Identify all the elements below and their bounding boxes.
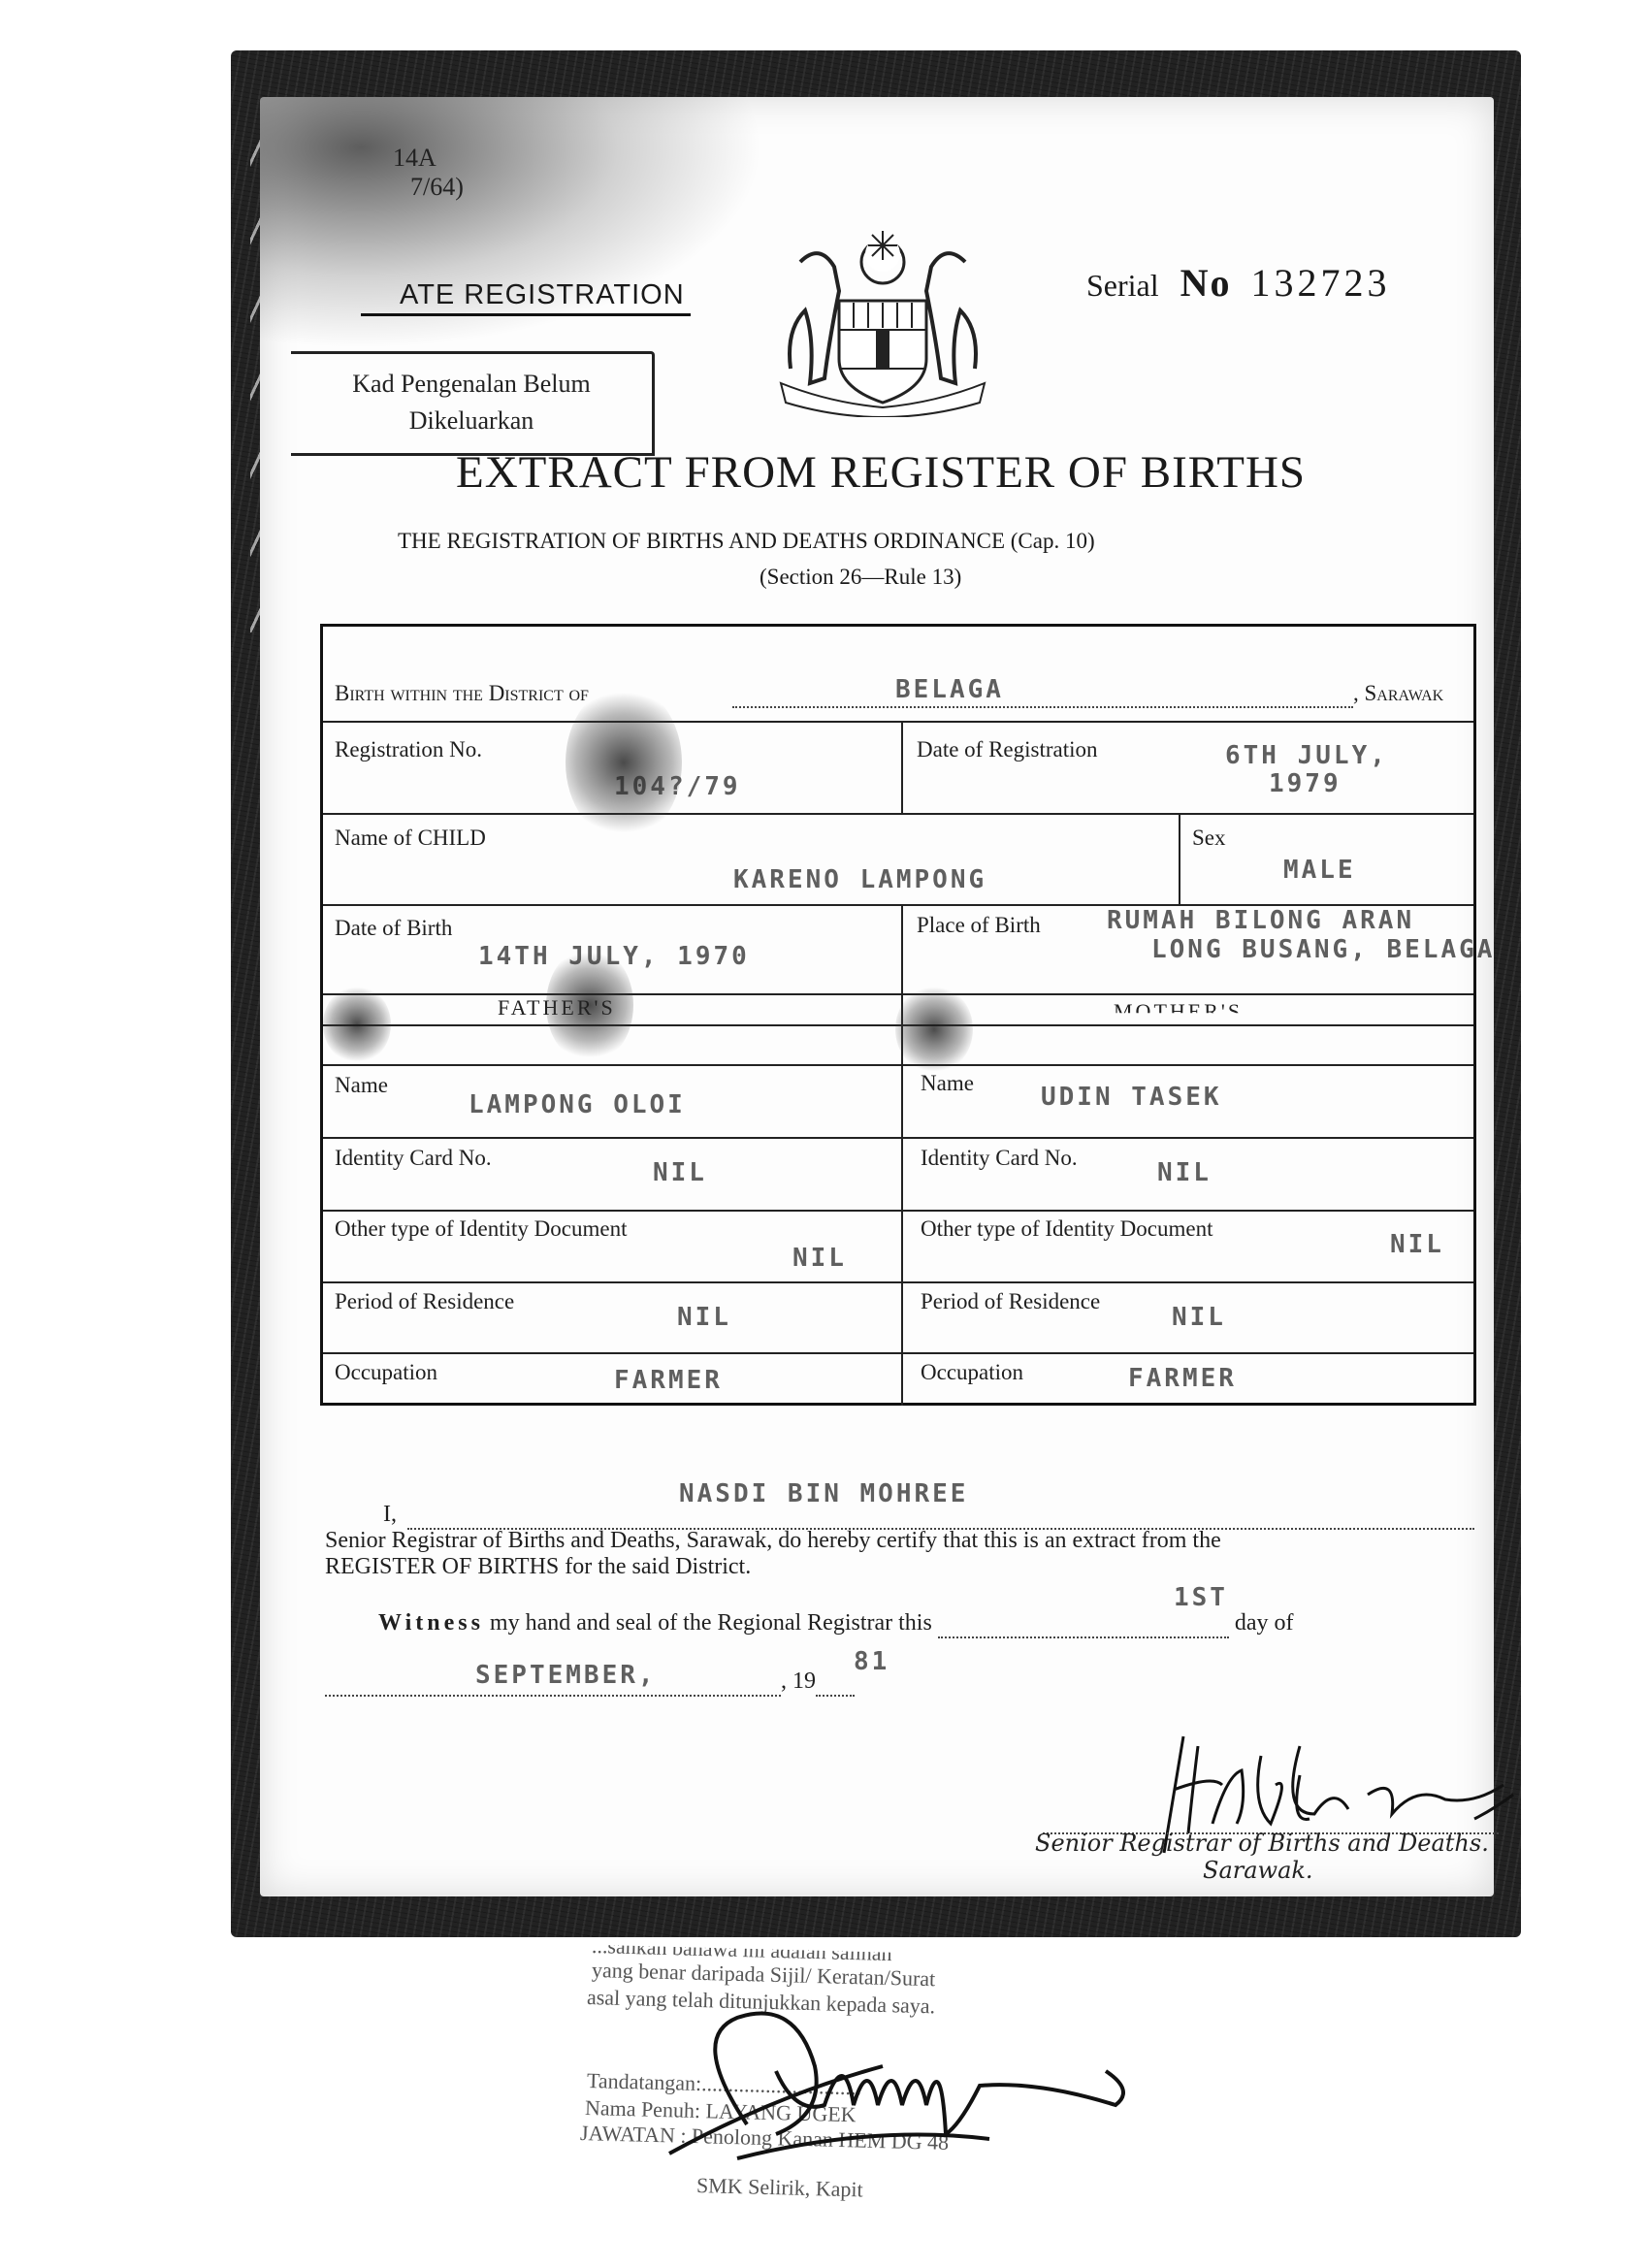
father-name-value: LAMPONG OLOI	[469, 1090, 686, 1119]
ink-smudge	[895, 986, 973, 1073]
serial-no-symbol: No	[1180, 261, 1232, 305]
form-revision: 7/64)	[410, 173, 464, 202]
date-of-registration-label: Date of Registration	[917, 737, 1098, 762]
mother-name-label: Name	[921, 1071, 974, 1096]
ink-smudge	[546, 947, 633, 1063]
mother-ic-label: Identity Card No.	[921, 1146, 1078, 1171]
signature-caption-line-2: Sarawak.	[1203, 1857, 1313, 1884]
father-ic-value: NIL	[653, 1158, 707, 1187]
ordinance-reference: THE REGISTRATION OF BIRTHS AND DEATHS OR…	[398, 529, 1095, 554]
father-ic-label: Identity Card No.	[335, 1146, 492, 1171]
form-number: 14A 7/64)	[383, 144, 464, 202]
certification-i-label: I,	[383, 1502, 397, 1528]
district-suffix: , Sarawak	[1353, 681, 1443, 706]
sex-label: Sex	[1192, 826, 1226, 851]
late-registration-heading: ATE REGISTRATION	[361, 279, 691, 316]
child-name-value: KARENO LAMPONG	[733, 865, 986, 894]
date-of-birth-label: Date of Birth	[335, 916, 452, 941]
birth-register-table: Birth within the District of BELAGA , Sa…	[320, 624, 1476, 1406]
witness-text: my hand and seal of the Regional Registr…	[490, 1610, 932, 1636]
copy-stamp-school: SMK Selirik, Kapit	[696, 2173, 863, 2202]
ink-smudge	[323, 986, 391, 1063]
certifier-signature	[630, 1979, 1212, 2173]
registration-no-label: Registration No.	[335, 737, 482, 762]
mother-other-doc-label: Other type of Identity Document	[921, 1216, 1212, 1242]
serial-value: 132723	[1251, 261, 1391, 305]
mother-name-value: UDIN TASEK	[1041, 1083, 1222, 1112]
place-of-birth-line-1: RUMAH BILONG ARAN	[1107, 906, 1414, 935]
day-of-label: day of	[1235, 1610, 1294, 1636]
document-title: EXTRACT FROM REGISTER OF BIRTHS	[456, 446, 1306, 499]
witness-line: Witness my hand and seal of the Regional…	[378, 1610, 1293, 1638]
serial-number: SerialNo132723	[1086, 260, 1391, 306]
certification-line-1: Senior Registrar of Births and Deaths, S…	[325, 1528, 1221, 1554]
district-dotted-line	[732, 681, 1353, 708]
stamp-line-1: Kad Pengenalan Belum	[291, 366, 652, 403]
father-name-label: Name	[335, 1073, 388, 1098]
mother-residence-value: NIL	[1172, 1303, 1226, 1332]
ink-smudge	[566, 685, 682, 840]
signature-caption-line-1: Senior Registrar of Births and Deaths.	[1035, 1830, 1489, 1857]
stamp-line-2: Dikeluarkan	[291, 403, 652, 439]
mother-ic-value: NIL	[1157, 1158, 1212, 1187]
mother-other-doc-value: NIL	[1390, 1230, 1444, 1259]
father-other-doc-label: Other type of Identity Document	[335, 1216, 627, 1242]
date-of-registration-line-1: 6TH JULY,	[1225, 741, 1388, 770]
district-value: BELAGA	[895, 675, 1004, 704]
mother-heading: MOTHER'S	[1114, 999, 1243, 1024]
year-value: 81	[854, 1647, 889, 1676]
father-residence-value: NIL	[677, 1303, 731, 1332]
mother-residence-label: Period of Residence	[921, 1289, 1100, 1314]
father-other-doc-value: NIL	[792, 1244, 847, 1273]
mother-occupation-value: FARMER	[1128, 1364, 1237, 1393]
month-value: SEPTEMBER,	[475, 1661, 657, 1690]
registrar-dotted-line	[407, 1502, 1474, 1530]
form-number-code: 14A	[393, 144, 464, 173]
mother-occupation-label: Occupation	[921, 1360, 1023, 1385]
place-of-birth-label: Place of Birth	[917, 913, 1041, 938]
district-label: Birth within the District of	[335, 681, 589, 706]
section-reference: (Section 26—Rule 13)	[760, 565, 961, 590]
father-occupation-value: FARMER	[614, 1366, 723, 1395]
witness-word: Witness	[378, 1610, 484, 1636]
day-value: 1ST	[1174, 1583, 1228, 1612]
id-card-not-issued-stamp: Kad Pengenalan Belum Dikeluarkan	[291, 351, 655, 456]
year-prefix: 19	[792, 1669, 816, 1694]
child-name-label: Name of CHILD	[335, 826, 486, 851]
certification-line-2: REGISTER OF BIRTHS for the said District…	[325, 1554, 751, 1580]
father-occupation-label: Occupation	[335, 1360, 437, 1385]
father-residence-label: Period of Residence	[335, 1289, 514, 1314]
sex-value: MALE	[1283, 856, 1356, 885]
place-of-birth-line-2: LONG BUSANG, BELAGA	[1151, 935, 1495, 964]
malaysia-coat-of-arms-icon	[771, 223, 994, 417]
date-of-registration-line-2: 1979	[1269, 769, 1342, 798]
serial-label: Serial	[1086, 268, 1159, 303]
